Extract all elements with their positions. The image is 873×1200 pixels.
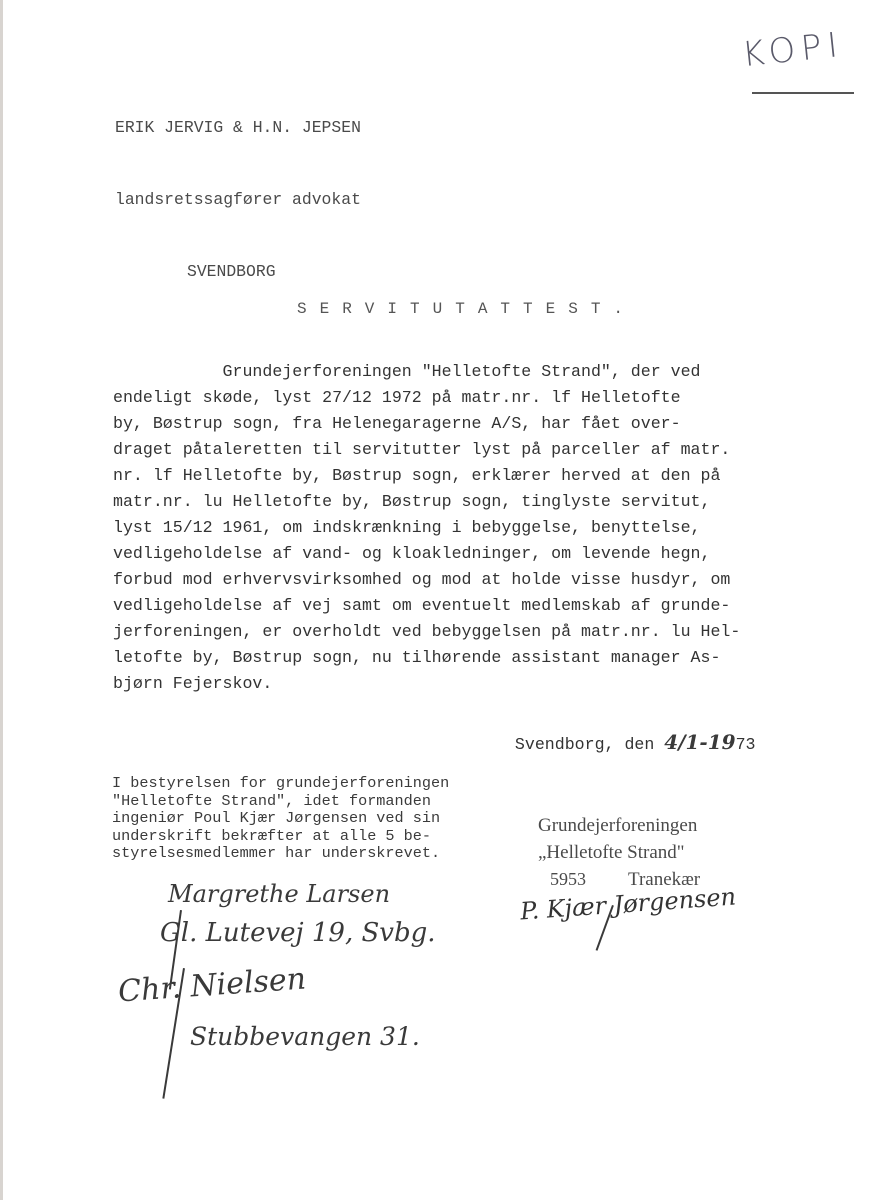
document-title: SERVITUTATTEST. bbox=[297, 300, 636, 318]
board-statement-line: underskrift bekræfter at alle 5 be- bbox=[112, 828, 449, 846]
dateline-prefix: Svendborg, den bbox=[515, 735, 664, 754]
stamp-line2: „Helletofte Strand" bbox=[538, 839, 700, 866]
body-line: draget påtaleretten til servitutter lyst… bbox=[113, 437, 740, 463]
body-line: endeligt skøde, lyst 27/12 1972 på matr.… bbox=[113, 385, 740, 411]
letterhead-firm: ERIK JERVIG & H.N. JEPSEN bbox=[115, 116, 361, 140]
letterhead: ERIK JERVIG & H.N. JEPSEN landsretssagfø… bbox=[115, 68, 361, 308]
board-statement: I bestyrelsen for grundejerforeningen"He… bbox=[112, 775, 449, 863]
board-statement-line: "Helletofte Strand", idet formanden bbox=[112, 793, 449, 811]
letterhead-profession: landsretssagfører advokat bbox=[115, 188, 361, 212]
stamp-postal-code: 5953 bbox=[550, 866, 586, 893]
scan-edge bbox=[0, 0, 3, 1200]
body-line: letofte by, Bøstrup sogn, nu tilhørende … bbox=[113, 645, 740, 671]
body-line: bjørn Fejerskov. bbox=[113, 671, 740, 697]
body-line: matr.nr. lu Helletofte by, Bøstrup sogn,… bbox=[113, 489, 740, 515]
body-line: vedligeholdelse af vand- og kloakledning… bbox=[113, 541, 740, 567]
copy-mark-underline bbox=[752, 92, 854, 94]
member2-address: Stubbevangen 31. bbox=[190, 1022, 420, 1051]
body-line: jerforeningen, er overholdt ved bebyggel… bbox=[113, 619, 740, 645]
body-line: by, Bøstrup sogn, fra Helenegaragerne A/… bbox=[113, 411, 740, 437]
handwritten-date: 4/1-19 bbox=[664, 730, 735, 754]
typed-year-suffix: 73 bbox=[736, 735, 756, 754]
board-statement-line: styrelsesmedlemmer har underskrevet. bbox=[112, 845, 449, 863]
body-line: Grundejerforeningen "Helletofte Strand",… bbox=[113, 359, 740, 385]
association-stamp: Grundejerforeningen „Helletofte Strand" … bbox=[538, 812, 700, 893]
board-statement-line: I bestyrelsen for grundejerforeningen bbox=[112, 775, 449, 793]
document-body: Grundejerforeningen "Helletofte Strand",… bbox=[113, 359, 740, 697]
copy-mark: KOPI bbox=[740, 25, 845, 75]
body-line: vedligeholdelse af vej samt om eventuelt… bbox=[113, 593, 740, 619]
member2-signature: Chr. Nielsen bbox=[117, 961, 307, 1009]
dateline: Svendborg, den 4/1-1973 bbox=[495, 711, 756, 754]
body-line: lyst 15/12 1961, om indskrænkning i beby… bbox=[113, 515, 740, 541]
body-line: nr. lf Helletofte by, Bøstrup sogn, erkl… bbox=[113, 463, 740, 489]
stamp-line1: Grundejerforeningen bbox=[538, 812, 700, 839]
letterhead-city: SVENDBORG bbox=[115, 260, 361, 284]
body-line: forbud mod erhvervsvirksomhed og mod at … bbox=[113, 567, 740, 593]
member1-signature: Margrethe Larsen bbox=[168, 880, 390, 908]
member1-address: Gl. Lutevej 19, Svbg. bbox=[160, 918, 436, 948]
board-statement-line: ingeniør Poul Kjær Jørgensen ved sin bbox=[112, 810, 449, 828]
